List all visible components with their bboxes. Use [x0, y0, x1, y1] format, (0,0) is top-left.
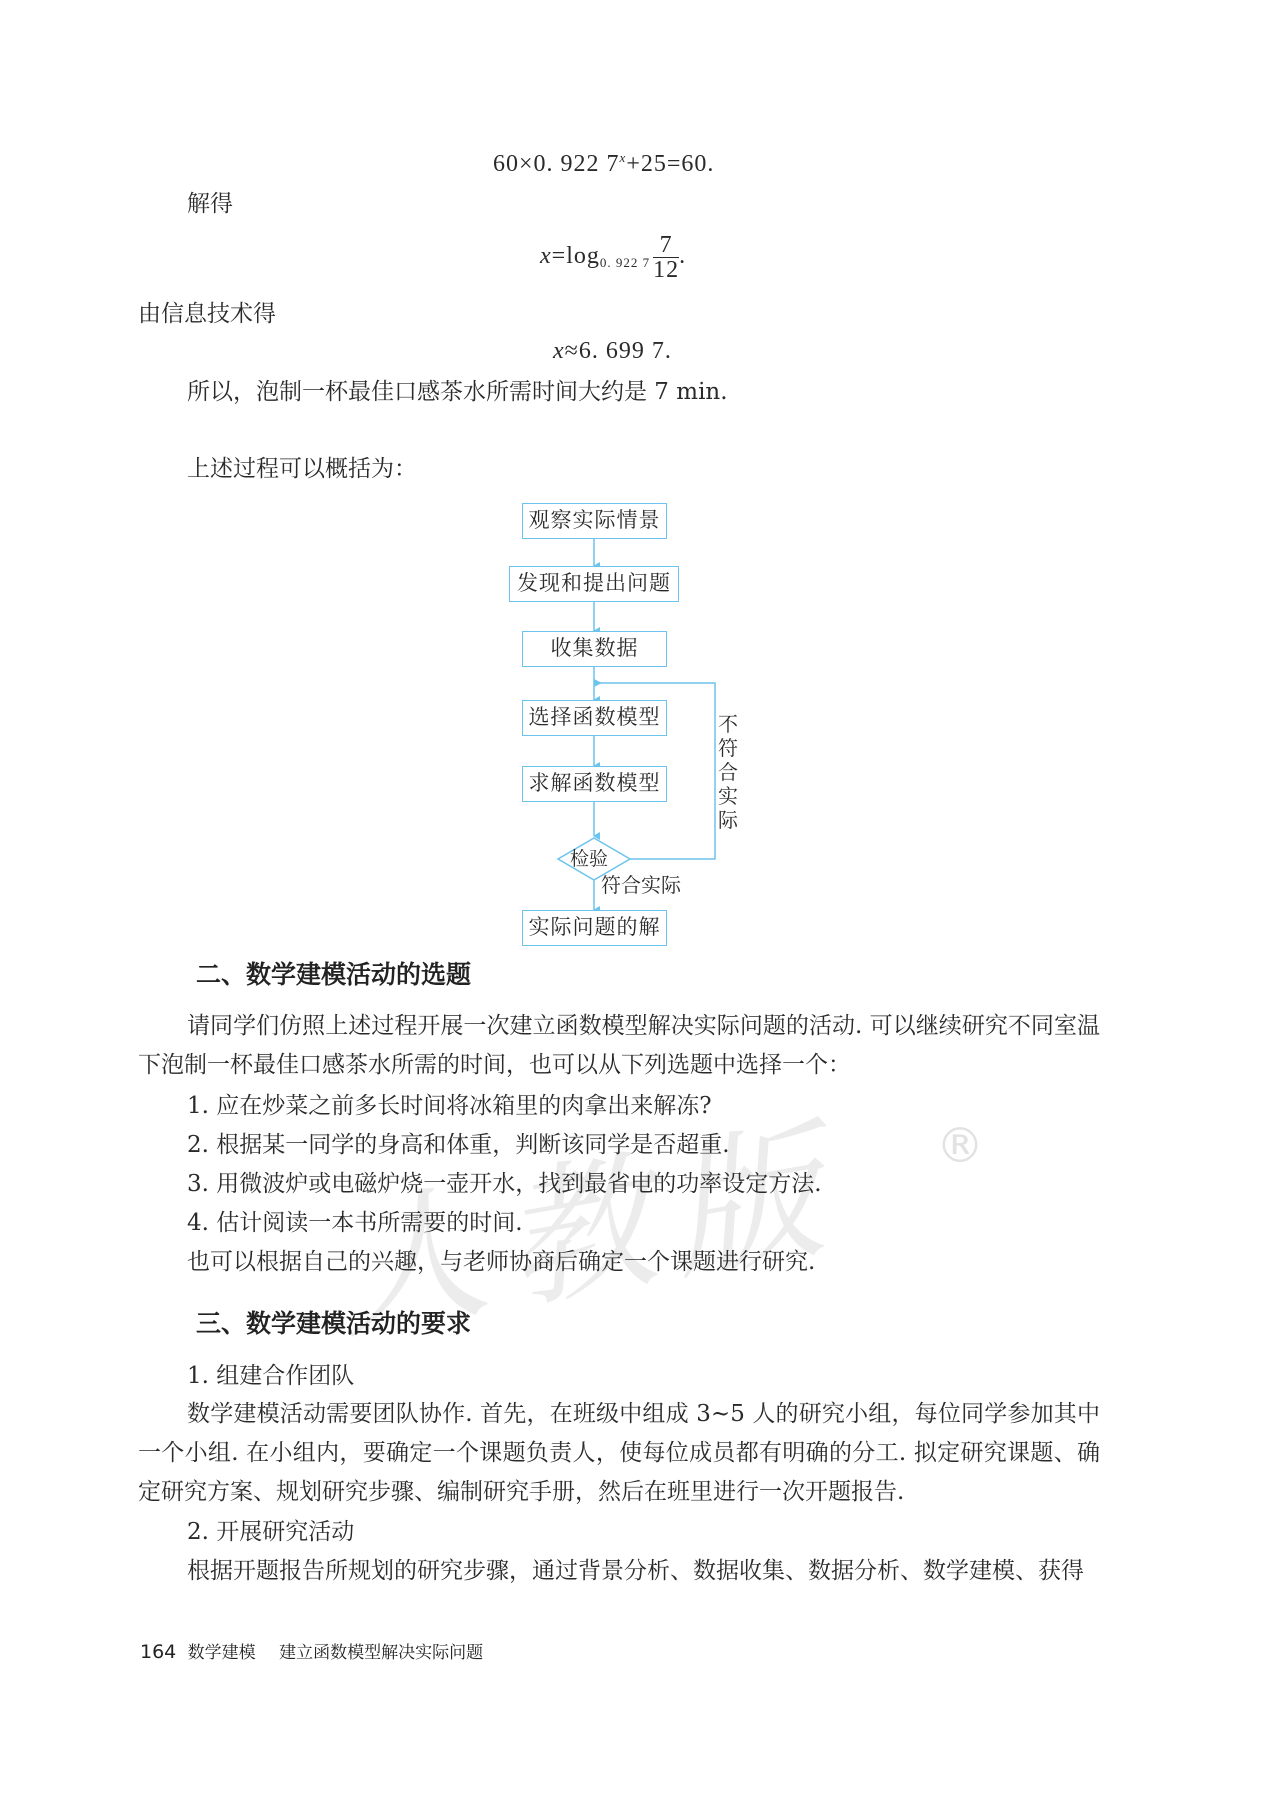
flow-step-observe: 观察实际情景 — [522, 503, 667, 539]
flow-decision-verify: 检验 — [570, 846, 608, 872]
subsection-2-body: 根据开题报告所规划的研究步骤，通过背景分析、数据收集、数据分析、数学建模、获得 — [187, 1557, 1084, 1585]
footer-title: 建立函数模型解决实际问题 — [279, 1643, 483, 1663]
footer-chapter: 数学建模 — [188, 1643, 256, 1663]
page-footer: 164 数学建模 建立函数模型解决实际问题 — [140, 1638, 483, 1663]
section-2-closing: 也可以根据自己的兴趣，与老师协商后确定一个课题进行研究. — [187, 1248, 815, 1276]
topic-item: 3. 用微波炉或电磁炉烧一壶开水，找到最省电的功率设定方法. — [187, 1170, 822, 1198]
section-2-intro: 请同学们仿照上述过程开展一次建立函数模型解决实际问题的活动. 可以继续研究不同室… — [138, 1007, 1100, 1085]
registered-mark: ® — [936, 1118, 984, 1174]
flow-label-fit: 符合实际 — [601, 872, 681, 898]
subsection-1-title: 1. 组建合作团队 — [187, 1362, 354, 1390]
page-number: 164 — [140, 1641, 176, 1663]
section-2-heading: 二、数学建模活动的选题 — [196, 955, 471, 991]
subsection-2-title: 2. 开展研究活动 — [187, 1518, 354, 1546]
topic-item: 1. 应在炒菜之前多长时间将冰箱里的肉拿出来解冻? — [187, 1092, 712, 1120]
flow-step-identify-problem: 发现和提出问题 — [509, 566, 679, 602]
flow-step-collect-data: 收集数据 — [522, 631, 667, 667]
section-3-heading: 三、数学建模活动的要求 — [196, 1304, 471, 1340]
topic-item: 4. 估计阅读一本书所需要的时间. — [187, 1209, 523, 1237]
flow-result: 实际问题的解 — [522, 910, 667, 946]
topic-item: 2. 根据某一同学的身高和体重，判断该同学是否超重. — [187, 1131, 730, 1159]
flow-label-not-fit: 不符合实际 — [717, 712, 739, 832]
section-2-intro-text: 请同学们仿照上述过程开展一次建立函数模型解决实际问题的活动. 可以继续研究不同室… — [138, 1013, 1100, 1078]
subsection-1-body-text: 数学建模活动需要团队协作. 首先，在班级中组成 3~5 人的研究小组，每位同学参… — [138, 1401, 1100, 1505]
subsection-1-body: 数学建模活动需要团队协作. 首先，在班级中组成 3~5 人的研究小组，每位同学参… — [138, 1395, 1100, 1512]
flowchart-connectors — [0, 0, 1287, 1000]
flow-step-solve-model: 求解函数模型 — [522, 766, 667, 802]
flow-step-select-model: 选择函数模型 — [522, 700, 667, 736]
